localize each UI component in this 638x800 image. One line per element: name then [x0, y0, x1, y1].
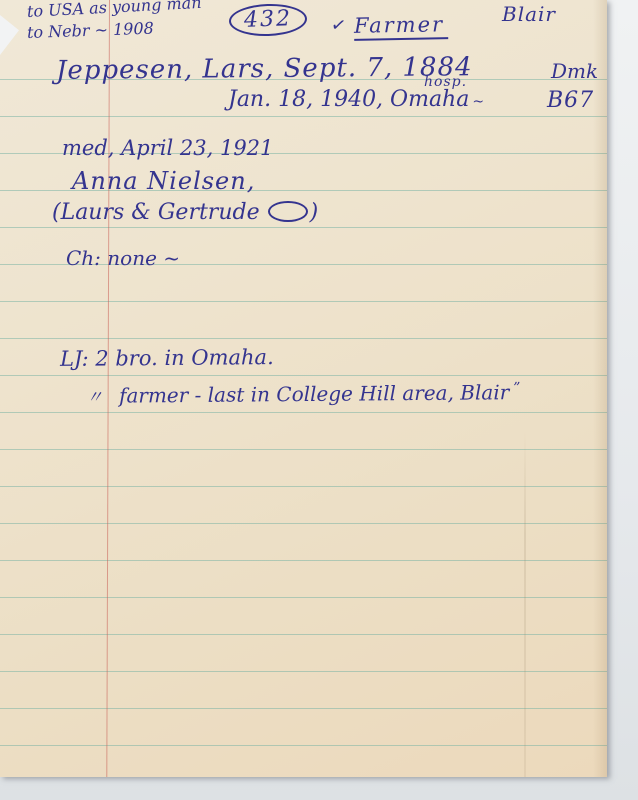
- torn-corner: [0, 15, 19, 55]
- check-icon: ✓: [329, 14, 348, 37]
- paper-edge-shadow: [593, 0, 607, 777]
- immigration-note-line2: to Nebr ~ 1908: [27, 19, 154, 42]
- notebook-page: to USA as young man to Nebr ~ 1908 432 ✓…: [0, 0, 607, 777]
- death-suffix-mark: ~: [472, 94, 484, 110]
- end-quote-mark: ”: [513, 380, 520, 396]
- death-insert-note: hosp.: [424, 74, 467, 90]
- ditto-mark: 〃: [86, 388, 103, 408]
- death-date-place: Jan. 18, 1940, Omaha: [228, 87, 469, 112]
- reference-code: B67: [547, 88, 594, 113]
- children-line: Ch: none ~: [66, 246, 180, 270]
- immigration-note-line1: to USA as young man: [27, 0, 202, 21]
- parents-close-paren: ): [310, 200, 319, 225]
- paper-crease: [524, 430, 526, 777]
- origin-country-abbr: Dmk: [551, 59, 598, 83]
- parents-names: (Laurs & Gertrude: [52, 200, 260, 225]
- farm-location-note-line: 〃farmer - last in College Hill area, Bla…: [86, 379, 521, 408]
- empty-oval-symbol: [268, 201, 308, 222]
- name-birth-line: Jeppesen, Lars, Sept. 7, 1884: [56, 52, 473, 86]
- death-line: Jan. 18, 1940, Omahahosp.~: [228, 87, 484, 112]
- brothers-note-line: LJ: 2 bro. in Omaha.: [60, 345, 274, 371]
- spouse-name-line: Anna Nielsen,: [72, 167, 255, 195]
- marriage-date-line: med, April 23, 1921: [62, 136, 273, 160]
- scanned-document: to USA as young man to Nebr ~ 1908 432 ✓…: [0, 0, 638, 800]
- record-number-circled: 432: [228, 3, 307, 38]
- occupation-label: Farmer: [354, 12, 449, 41]
- town-label: Blair: [502, 2, 556, 26]
- parents-line: (Laurs & Gertrude): [52, 200, 318, 225]
- farm-location-text: farmer - last in College Hill area, Blai…: [119, 380, 509, 407]
